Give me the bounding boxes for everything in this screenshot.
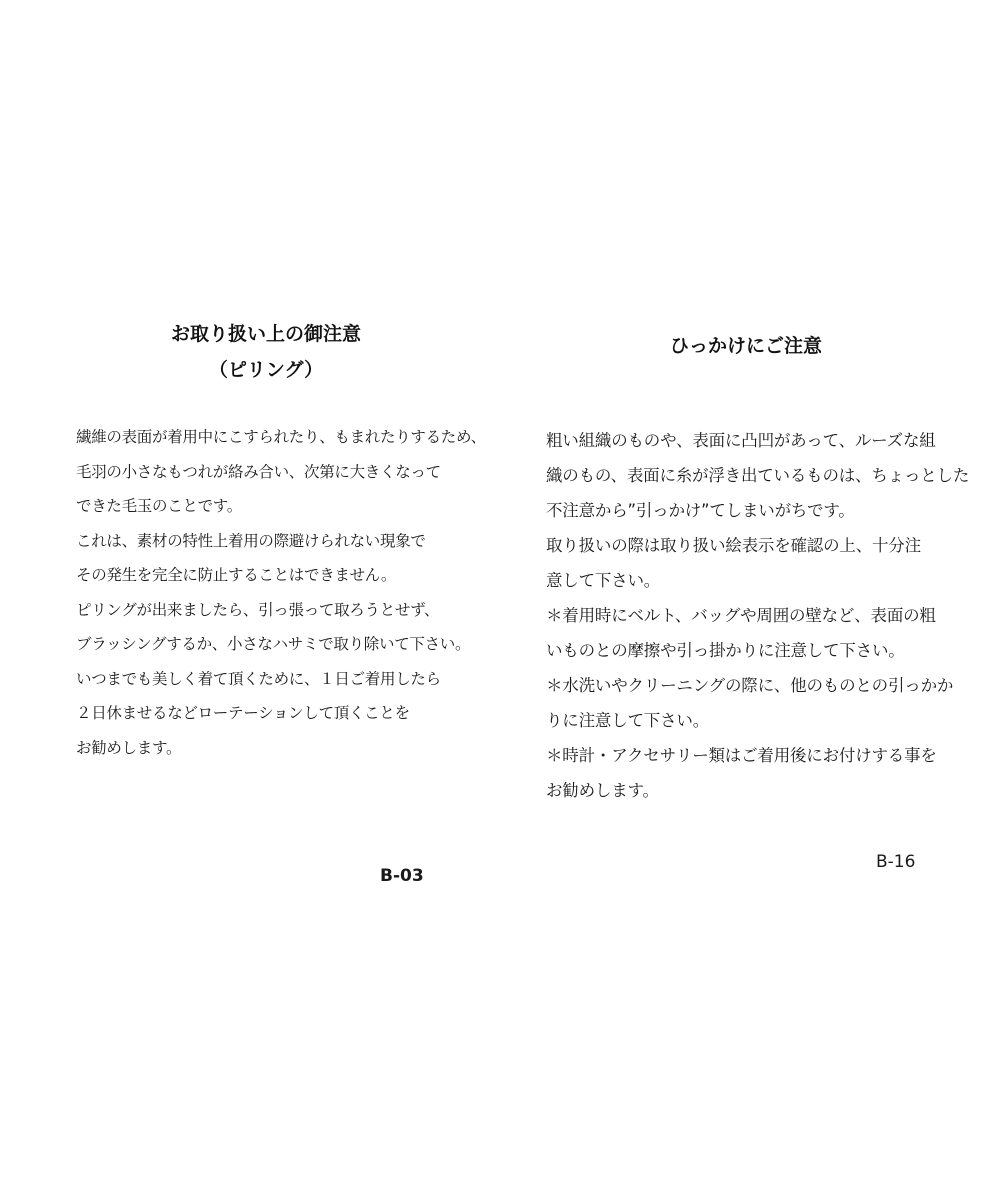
snag-notice-line: 織のもの、表面に糸が浮き出ているものは、ちょっとした bbox=[546, 458, 946, 493]
snag-notice-line: いものとの摩擦や引っ掛かりに注意して下さい。 bbox=[546, 633, 946, 668]
pilling-notice-header: お取り扱い上の御注意 （ピリング） bbox=[76, 318, 496, 386]
snag-notice-line: りに注意して下さい。 bbox=[546, 703, 946, 738]
pilling-notice-line: いつまでも美しく着て頂くために、１日ご着用したら bbox=[76, 662, 496, 697]
pilling-notice-line: できた毛玉のことです。 bbox=[76, 489, 496, 524]
pilling-notice-line: ピリングが出来ましたら、引っ張って取ろうとせず、 bbox=[76, 593, 496, 628]
pilling-notice-line: お勧めします。 bbox=[76, 731, 496, 766]
pilling-notice-line: これは、素材の特性上着用の際避けられない現象で bbox=[76, 524, 496, 559]
pilling-notice-title: お取り扱い上の御注意 bbox=[76, 318, 456, 350]
pilling-notice-line: ２日休ませるなどローテーションして頂くことを bbox=[76, 696, 496, 731]
snag-notice-title: ひっかけにご注意 bbox=[546, 330, 946, 362]
snag-notice-line: お勧めします。 bbox=[546, 773, 946, 808]
pilling-notice-line: 繊維の表面が着用中にこすられたり、もまれたりするため、 bbox=[76, 420, 496, 455]
snag-notice-line: ＊水洗いやクリーニングの際に、他のものとの引っかか bbox=[546, 668, 946, 703]
snag-notice-line: 不注意から”引っかけ”てしまいがちです。 bbox=[546, 493, 946, 528]
snag-notice-line: 粗い組織のものや、表面に凸凹があって、ルーズな組 bbox=[546, 423, 946, 458]
snag-notice-line: ＊着用時にベルト、バッグや周囲の壁など、表面の粗 bbox=[546, 598, 946, 633]
pilling-notice-line: その発生を完全に防止することはできません。 bbox=[76, 558, 496, 593]
snag-notice-line: ＊時計・アクセサリー類はご着用後にお付けする事を bbox=[546, 738, 946, 773]
pilling-notice-line: 毛羽の小さなもつれが絡み合い、次第に大きくなって bbox=[76, 455, 496, 490]
snag-notice-line: 取り扱いの際は取り扱い絵表示を確認の上、十分注 bbox=[546, 528, 946, 563]
snag-notice-body: 粗い組織のものや、表面に凸凹があって、ルーズな組 織のもの、表面に糸が浮き出てい… bbox=[546, 423, 946, 808]
pilling-notice-line: ブラッシングするか、小さなハサミで取り除いて下さい。 bbox=[76, 627, 496, 662]
snag-notice-line: 意して下さい。 bbox=[546, 563, 946, 598]
pilling-notice-subtitle: （ピリング） bbox=[76, 354, 456, 386]
snag-notice-code: B-16 bbox=[876, 852, 915, 872]
pilling-notice-body: 繊維の表面が着用中にこすられたり、もまれたりするため、 毛羽の小さなもつれが絡み… bbox=[76, 420, 496, 765]
pilling-notice-code: B-03 bbox=[380, 866, 424, 886]
snag-notice-header: ひっかけにご注意 bbox=[546, 330, 946, 362]
